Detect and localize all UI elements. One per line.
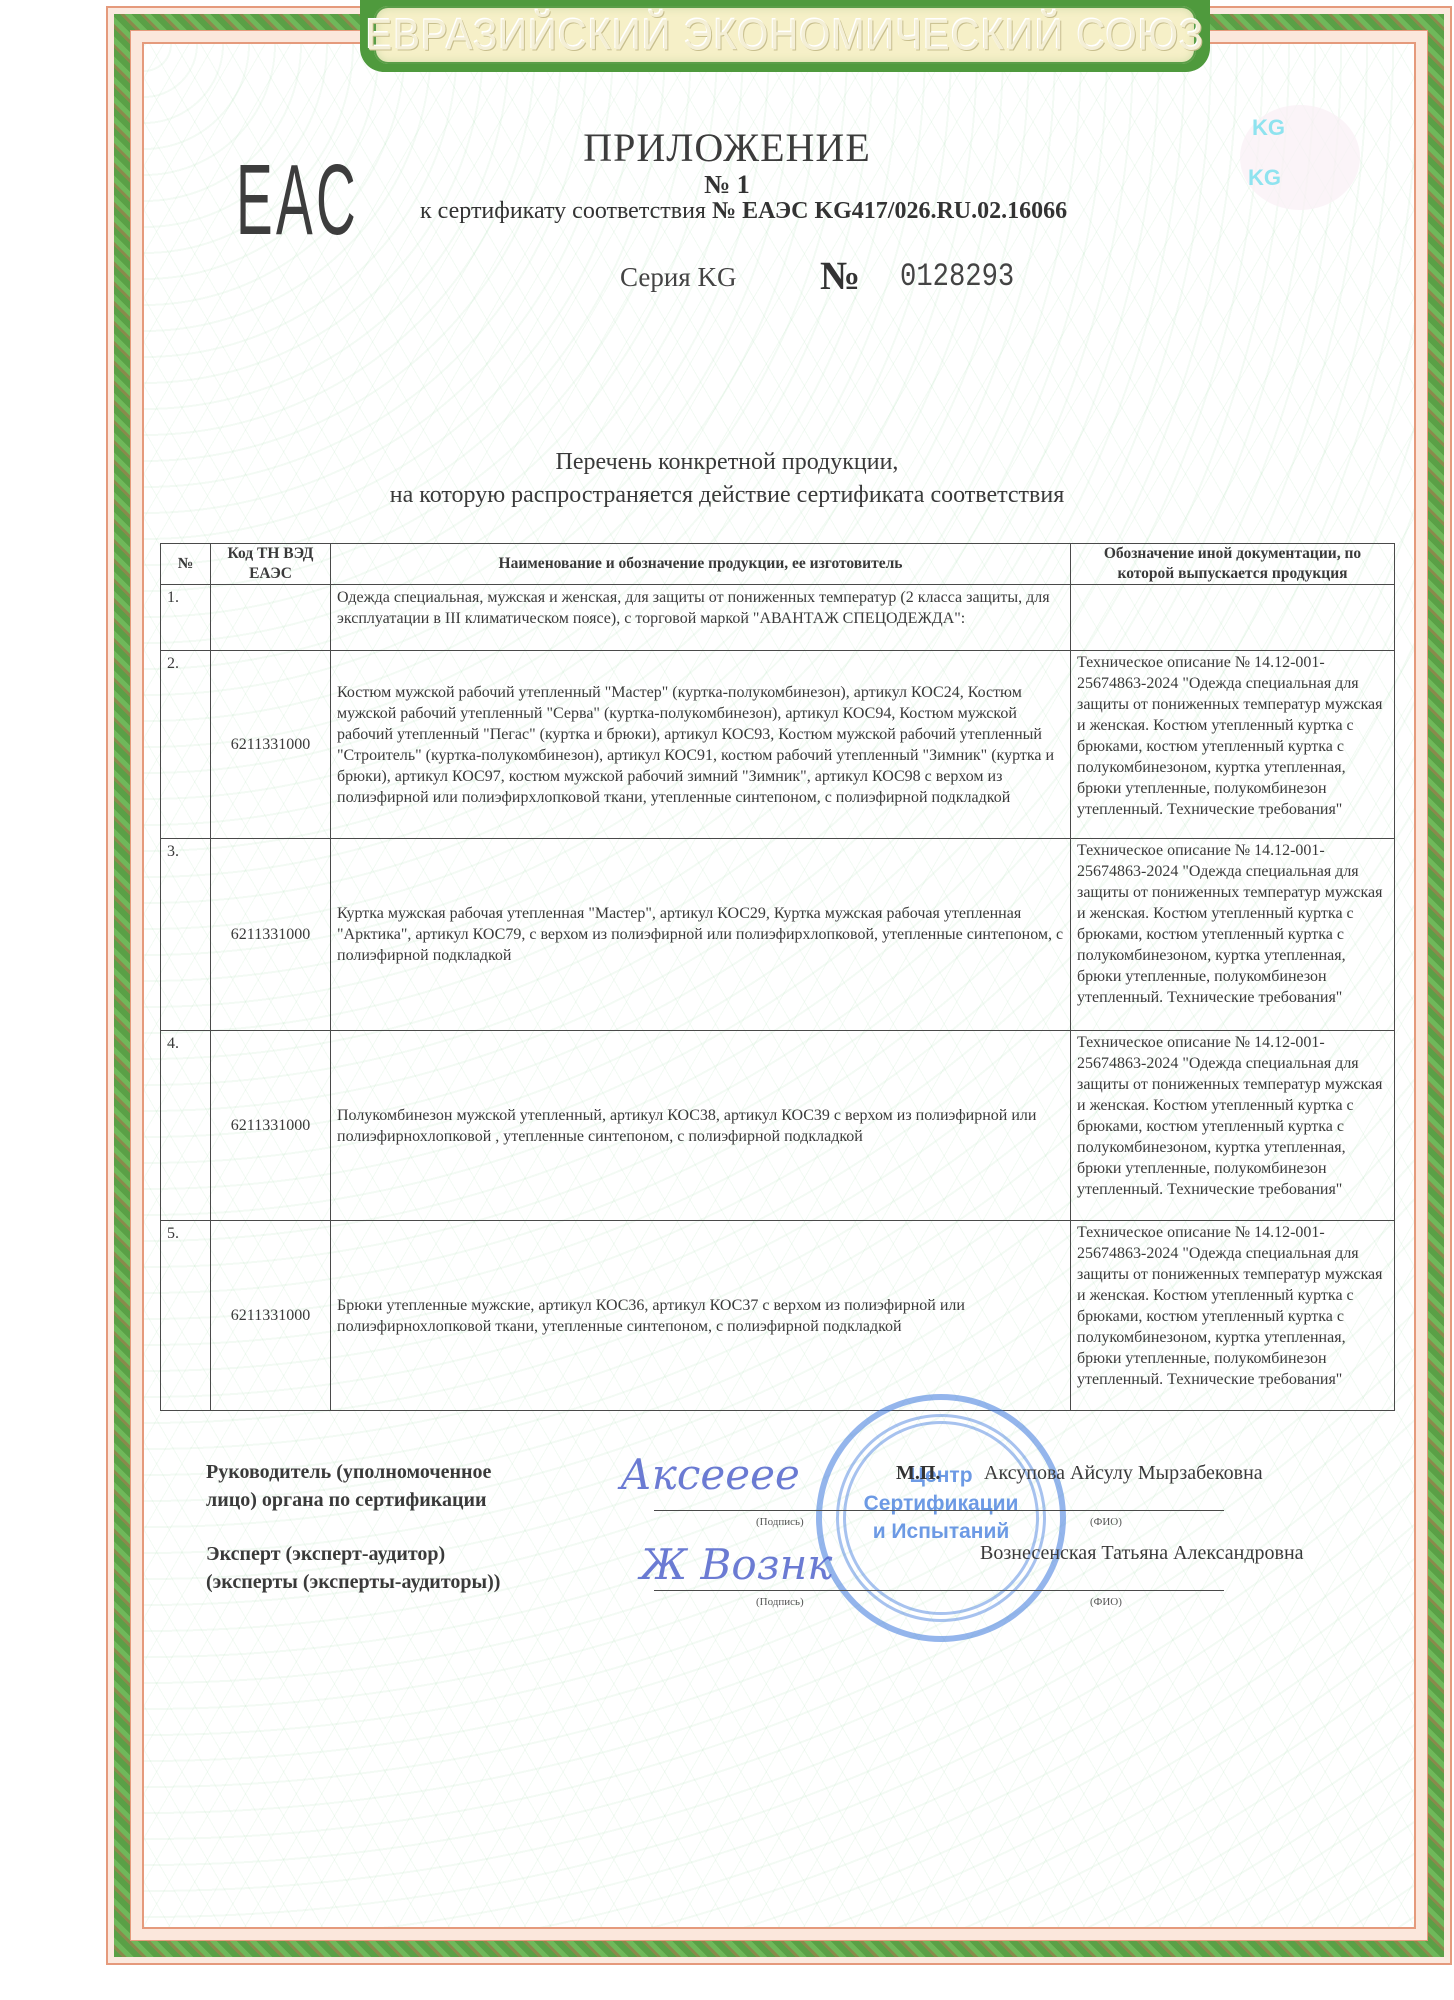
row-product-name: Куртка мужская рабочая утепленная "Масте… [331,839,1071,1031]
stamp-text: Сертификации [822,1492,1060,1516]
series-label: Серия KG [620,262,736,293]
row-documentation: Техническое описание № 14.12-001-2567486… [1071,839,1395,1031]
row-number: 5. [161,1221,211,1411]
certificate-prefix: к сертификату соответствия [420,198,706,224]
head-label-line2: лицо) органа по сертификации [206,1486,491,1514]
series-number-sign: № [820,252,860,299]
official-stamp: Центр Сертификации и Испытаний [816,1394,1066,1642]
row-documentation: Техническое описание № 14.12-001-2567486… [1071,1031,1395,1221]
row-code: 6211331000 [211,1221,331,1411]
list-heading-line2: на которую распространяется действие сер… [0,479,1454,512]
table-row: 2.6211331000Костюм мужской рабочий утепл… [161,651,1395,839]
row-product-name: Полукомбинезон мужской утепленный, артик… [331,1031,1071,1221]
eaeu-banner-plate: ЕВРАЗИЙСКИЙ ЭКОНОМИЧЕСКИЙ СОЮЗ [374,6,1196,64]
list-heading-line1: Перечень конкретной продукции, [0,446,1454,479]
row-code: 6211331000 [211,839,331,1031]
fio-caption: (ФИО) [1090,1596,1122,1608]
header-name: Наименование и обозначение продукции, ее… [331,544,1071,585]
row-product-name: Одежда специальная, мужская и женская, д… [331,585,1071,651]
row-code [211,585,331,651]
signature-caption: (Подпись) [756,1516,804,1528]
page-title: ПРИЛОЖЕНИЕ [0,124,1454,171]
list-heading: Перечень конкретной продукции, на котору… [0,446,1454,512]
header-code: Код ТН ВЭД ЕАЭС [211,544,331,585]
header-doc: Обозначение иной документации, по которо… [1071,544,1395,585]
table-row: 1.Одежда специальная, мужская и женская,… [161,585,1395,651]
row-product-name: Брюки утепленные мужские, артикул КОС36,… [331,1221,1071,1411]
row-documentation: Техническое описание № 14.12-001-2567486… [1071,651,1395,839]
expert-signature-line [654,1590,1224,1591]
expert-label-line1: Эксперт (эксперт-аудитор) [206,1540,500,1568]
row-code: 6211331000 [211,1031,331,1221]
expert-label: Эксперт (эксперт-аудитор) (эксперты (экс… [206,1540,500,1596]
table-row: 4.6211331000Полукомбинезон мужской утепл… [161,1031,1395,1221]
table-header-row: № Код ТН ВЭД ЕАЭС Наименование и обознач… [161,544,1395,585]
table-row: 5.6211331000Брюки утепленные мужские, ар… [161,1221,1395,1411]
stamp-text: и Испытаний [822,1520,1060,1544]
expert-name: Вознесенская Татьяна Александровна [980,1542,1304,1565]
products-table: № Код ТН ВЭД ЕАЭС Наименование и обознач… [160,543,1395,1411]
row-number: 4. [161,1031,211,1221]
row-number: 1. [161,585,211,651]
certificate-reference: к сертификату соответствия № ЕАЭС KG417/… [420,198,1067,225]
row-number: 3. [161,839,211,1031]
row-code: 6211331000 [211,651,331,839]
head-signature: Аксееее [620,1450,800,1499]
row-product-name: Костюм мужской рабочий утепленный "Масте… [331,651,1071,839]
head-label-line1: Руководитель (уполномоченное [206,1458,491,1486]
eaeu-banner-text: ЕВРАЗИЙСКИЙ ЭКОНОМИЧЕСКИЙ СОЮЗ [366,10,1205,60]
appendix-number: № 1 [0,170,1454,200]
header-no: № [161,544,211,585]
head-signature-line [654,1510,1224,1511]
certificate-number: № ЕАЭС KG417/026.RU.02.16066 [712,198,1067,224]
row-number: 2. [161,651,211,839]
expert-signature: Ж Вознк [640,1540,832,1589]
table-row: 3.6211331000Куртка мужская рабочая утепл… [161,839,1395,1031]
fio-caption: (ФИО) [1090,1516,1122,1528]
expert-label-line2: (эксперты (эксперты-аудиторы)) [206,1568,500,1596]
head-name: Аксупова Айсулу Мырзабековна [984,1462,1263,1485]
signature-caption: (Подпись) [756,1596,804,1608]
series-number: 0128293 [900,258,1014,295]
seal-place-label: М.П. [896,1462,940,1485]
row-documentation: Техническое описание № 14.12-001-2567486… [1071,1221,1395,1411]
row-documentation [1071,585,1395,651]
head-label: Руководитель (уполномоченное лицо) орган… [206,1458,491,1514]
